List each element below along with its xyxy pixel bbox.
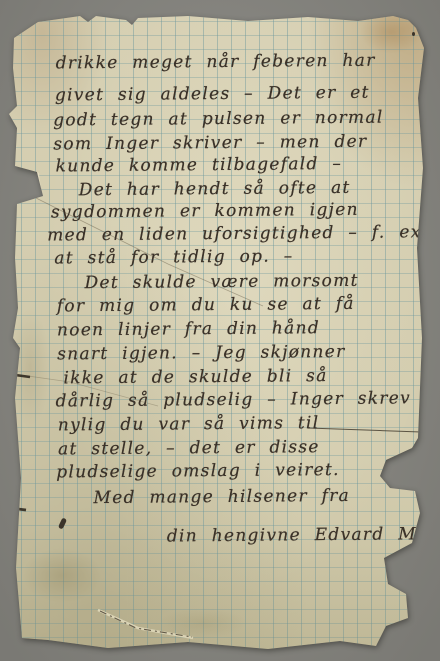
handwriting-line: sygdommen er kommen igjen [51, 200, 359, 223]
handwriting-line: godt tegn at pulsen er normal [53, 108, 384, 131]
paper-shadow-wrapper: drikke meget når feberen har givet sig a… [0, 0, 440, 661]
handwriting-line: som Inger skriver – men der [53, 132, 367, 155]
handwriting-line: Det har hendt så ofte at [79, 178, 351, 200]
handwriting-line: ikke at de skulde bli så [63, 366, 327, 388]
handwriting-text: drikke meget når feberen har givet sig a… [5, 6, 435, 656]
handwriting-line: med en liden uforsigtighed – f. ex [47, 222, 422, 245]
handwriting-line: kunde komme tilbagefald – [55, 154, 342, 177]
handwriting-line: snart igjen. – Jeg skjønner [57, 342, 346, 365]
handwriting-line: at stelle, – det er disse [58, 437, 320, 459]
handwriting-line: at stå for tidlig op. – [54, 246, 293, 268]
handwriting-line: noen linjer fra din hånd [57, 318, 320, 340]
handwriting-line: for mig om du ku se at få [57, 294, 355, 317]
scan-background: drikke meget når feberen har givet sig a… [0, 0, 440, 661]
handwriting-line: Med mange hilsener fra [93, 486, 350, 508]
handwriting-line: dårlig så pludselig – Inger skrev [56, 388, 412, 411]
letter-paper: drikke meget når feberen har givet sig a… [8, 8, 432, 654]
handwriting-line signature: din hengivne Edvard Munch [167, 524, 440, 547]
handwriting-line: nylig du var så vims til [58, 413, 320, 435]
handwriting-line: drikke meget når feberen har [56, 51, 376, 74]
handwriting-line: Det skulde være morsomt [84, 271, 358, 293]
handwriting-line: pludselige omslag i veiret. [56, 460, 340, 482]
handwriting-line: givet sig aldeles – Det er et [55, 83, 370, 106]
